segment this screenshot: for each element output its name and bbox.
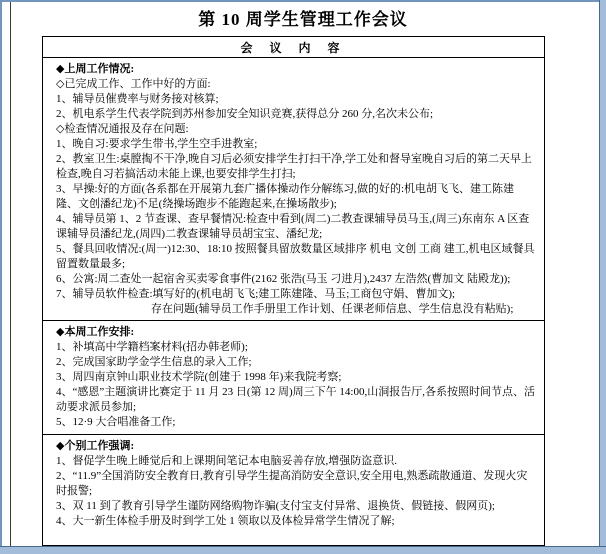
- section-heading-this-week: ◆本周工作安排:: [56, 325, 536, 340]
- page-title: 第 10 周学生管理工作会议: [0, 5, 606, 30]
- window-edge-top: [0, 0, 606, 2]
- doc-line: 6、公寓:周二查处一起宿舍买卖零食事件(2162 张浩(马玉 刁进月),2437…: [56, 272, 536, 287]
- section-heading-last-week: ◆上周工作情况:: [56, 62, 536, 77]
- doc-line: 2、完成国家助学金学生信息的录入工作;: [56, 355, 536, 370]
- subheading-inspection-issues: ◇检查情况通报及存在问题:: [56, 122, 536, 137]
- section-heading-individual: ◆个别工作强调:: [56, 439, 536, 454]
- window-edge-bottom: [0, 546, 606, 554]
- meeting-content-table: 会 议 内 容 ◆上周工作情况: ◇已完成工作、工作中好的方面: 1、辅导员催费…: [42, 36, 545, 546]
- doc-line: 4、大一新生体检手册及时到学工处 1 领取以及体检异常学生情况了解;: [56, 514, 536, 529]
- doc-line: 1、补填高中学籍档案材料(招办韩老师);: [56, 340, 536, 355]
- doc-line: 2、机电系学生代表学院到苏州参加安全知识竞赛,获得总分 260 分,名次未公布;: [56, 107, 536, 122]
- doc-line: 3、周四南京钟山职业技术学院(创建于 1998 年)来我院考察;: [56, 370, 536, 385]
- doc-line: 2、“11.9”全国消防安全教育日,教育引导学生提高消防安全意识,安全用电,熟悉…: [56, 469, 536, 499]
- section-individual-emphasis: ◆个别工作强调: 1、督促学生晚上睡觉后和上课期间笔记本电脑妥善存放,增强防盗意…: [43, 434, 544, 545]
- table-header-meeting-content: 会 议 内 容: [43, 37, 544, 58]
- window-edge-right: [599, 0, 606, 554]
- doc-line: 1、督促学生晚上睡觉后和上课期间笔记本电脑妥善存放,增强防盗意识.: [56, 454, 536, 469]
- doc-line: 3、早操:好的方面(各系都在开展第九套广播体操动作分解练习,做的好的:机电胡飞飞…: [56, 182, 536, 212]
- section-this-week-plan: ◆本周工作安排: 1、补填高中学籍档案材料(招办韩老师); 2、完成国家助学金学…: [43, 320, 544, 434]
- doc-line: 4、“感恩”主题演讲比赛定于 11 月 23 日(第 12 周)周三下午 14:…: [56, 385, 536, 415]
- doc-line: 5、餐具回收情况:(周一)12:30、18:10 按照餐具留放数量区域排序 机电…: [56, 242, 536, 272]
- doc-line: 7、辅导员软件检查:填写好的(机电胡飞飞;建工陈建隆、马玉;工商包守娟、曹加文)…: [56, 287, 536, 302]
- doc-line: 2、教室卫生:桌膛掏不干净,晚自习后必须安排学生打扫干净,学工处和督导室晚自习后…: [56, 152, 536, 182]
- doc-line: 5、12·9 大合唱准备工作;: [56, 415, 536, 430]
- doc-line: 3、双 11 到了教育引导学生谨防网络购物诈骗(支付宝支付异常、退换货、假链接、…: [56, 499, 536, 514]
- doc-line: 1、晚自习:要求学生带书,学生空手进教室;: [56, 137, 536, 152]
- page-margin-line: [10, 2, 11, 546]
- doc-line: 4、辅导员第 1、2 节查课、查早餐情况:检查中看到(周二)二教查课辅导员马玉,…: [56, 212, 536, 242]
- doc-line: 1、辅导员催费率与财务接对核算;: [56, 92, 536, 107]
- section-last-week-work: ◆上周工作情况: ◇已完成工作、工作中好的方面: 1、辅导员催费率与财务接对核算…: [43, 58, 544, 320]
- window-edge-left: [0, 0, 2, 554]
- subheading-completed-work: ◇已完成工作、工作中好的方面:: [56, 77, 536, 92]
- existing-problems-line: 存在问题(辅导员工作手册里工作计划、任课老师信息、学生信息没有粘贴);: [56, 302, 536, 317]
